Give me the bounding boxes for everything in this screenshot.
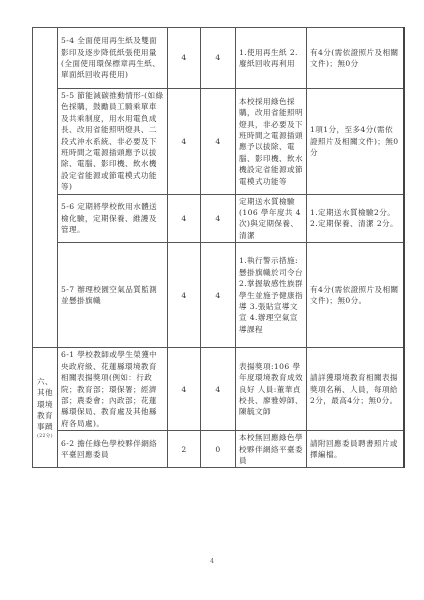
section5-cell — [33, 28, 58, 348]
table-row: 六、 其他 環境 教育 事蹟 (22分) 6-1 學校教師或學生榮獲中央政府級、… — [33, 348, 404, 431]
item-cell: 6-1 學校教師或學生榮獲中央政府級、花蓮縣環境教育相關表揚獎項(例如：行政院；… — [58, 348, 168, 431]
table-row: 6-2 擔任綠色學校夥伴網絡平臺回應委員 2 0 本校無回應綠色學校夥伴網絡平臺… — [33, 431, 404, 468]
note-cell: 請詳獲環境教育相關表揚獎項名稱、人員，每項給2分，最高4分；無0分。 — [307, 348, 404, 431]
item-cell: 5-5 節能減碳推動情形-(如綠色採購，鼓勵員工騎乘單車及共乘制度，用水用電負成… — [58, 89, 168, 195]
max-score: 4 — [168, 194, 201, 243]
section-label-line: 六、 — [37, 377, 53, 386]
item-cell: 5-4 全面使用再生紙及雙面影印及逐步降低紙張使用量(全面使用環保標章再生紙、單… — [58, 28, 168, 89]
note-cell: 1項1分，至多4分(需依證照片及相關文件)；無0分 — [307, 89, 404, 195]
description-cell: 1.執行警示措施:懸掛旗幟於司令台 2.掌握敏感性族群學生並施予健康指導 3.張… — [236, 243, 307, 348]
self-score: 4 — [201, 243, 236, 348]
section-label-line: 其他 — [37, 388, 53, 397]
self-score: 4 — [201, 348, 236, 431]
max-score: 4 — [168, 89, 201, 195]
description-cell: 定期送水質檢驗(106 學年度共 4 次)與定期保養、清潔 — [236, 194, 307, 243]
note-cell: 請附回應委員聘書照片或擇編檔。 — [307, 431, 404, 468]
description-cell: 本校採用綠色採購，改用省能照明燈具，非必要及下班時間之電源插頭應予以拔除、電腦、… — [236, 89, 307, 195]
table-row: 5-5 節能減碳推動情形-(如綠色採購，鼓勵員工騎乘單車及共乘制度，用水用電負成… — [33, 89, 404, 195]
section6-label: 六、 其他 環境 教育 事蹟 (22分) — [33, 348, 58, 468]
self-score: 4 — [201, 194, 236, 243]
note-cell: 有4分(需依證照片及相關文件)；無0分。 — [307, 243, 404, 348]
self-score: 0 — [201, 431, 236, 468]
evaluation-table: 5-4 全面使用再生紙及雙面影印及逐步降低紙張使用量(全面使用環保標章再生紙、單… — [32, 27, 405, 468]
note-cell: 1.定期送水質檢驗2分。2.定期保養、清潔 2分。 — [307, 194, 404, 243]
self-score: 4 — [201, 28, 236, 89]
section-label-line: 環境 — [37, 400, 53, 409]
note-cell: 有4分(需依證照片及相關文件)；無0分 — [307, 28, 404, 89]
description-cell: 表揚獎項:106 學年度環境教育成效良好 人員:董華貞校長、廖雅婷師、陳毓文師 — [236, 348, 307, 431]
section-label-line: 教育 — [37, 411, 53, 420]
table-row: 5-7 辦理校園空氣品質監測並懸掛旗幟 4 4 1.執行警示措施:懸掛旗幟於司令… — [33, 243, 404, 348]
max-score: 4 — [168, 243, 201, 348]
max-score: 4 — [168, 28, 201, 89]
max-score: 2 — [168, 431, 201, 468]
item-cell: 5-6 定期將學校飲用水體送檢化驗，定期保養、維護及管理。 — [58, 194, 168, 243]
section-label-line: 事蹟 — [37, 422, 53, 431]
description-cell: 本校無回應綠色學校夥伴網絡平臺委員 — [236, 431, 307, 468]
description-cell: 1.使用再生紙 2.廢紙回收再利用 — [236, 28, 307, 89]
max-score: 4 — [168, 348, 201, 431]
item-cell: 5-7 辦理校園空氣品質監測並懸掛旗幟 — [58, 243, 168, 348]
page-number: 4 — [0, 558, 424, 565]
item-cell: 6-2 擔任綠色學校夥伴網絡平臺回應委員 — [58, 431, 168, 468]
self-score: 4 — [201, 89, 236, 195]
section-points: (22分) — [36, 433, 54, 440]
table-row: 5-6 定期將學校飲用水體送檢化驗，定期保養、維護及管理。 4 4 定期送水質檢… — [33, 194, 404, 243]
table-row: 5-4 全面使用再生紙及雙面影印及逐步降低紙張使用量(全面使用環保標章再生紙、單… — [33, 28, 404, 89]
